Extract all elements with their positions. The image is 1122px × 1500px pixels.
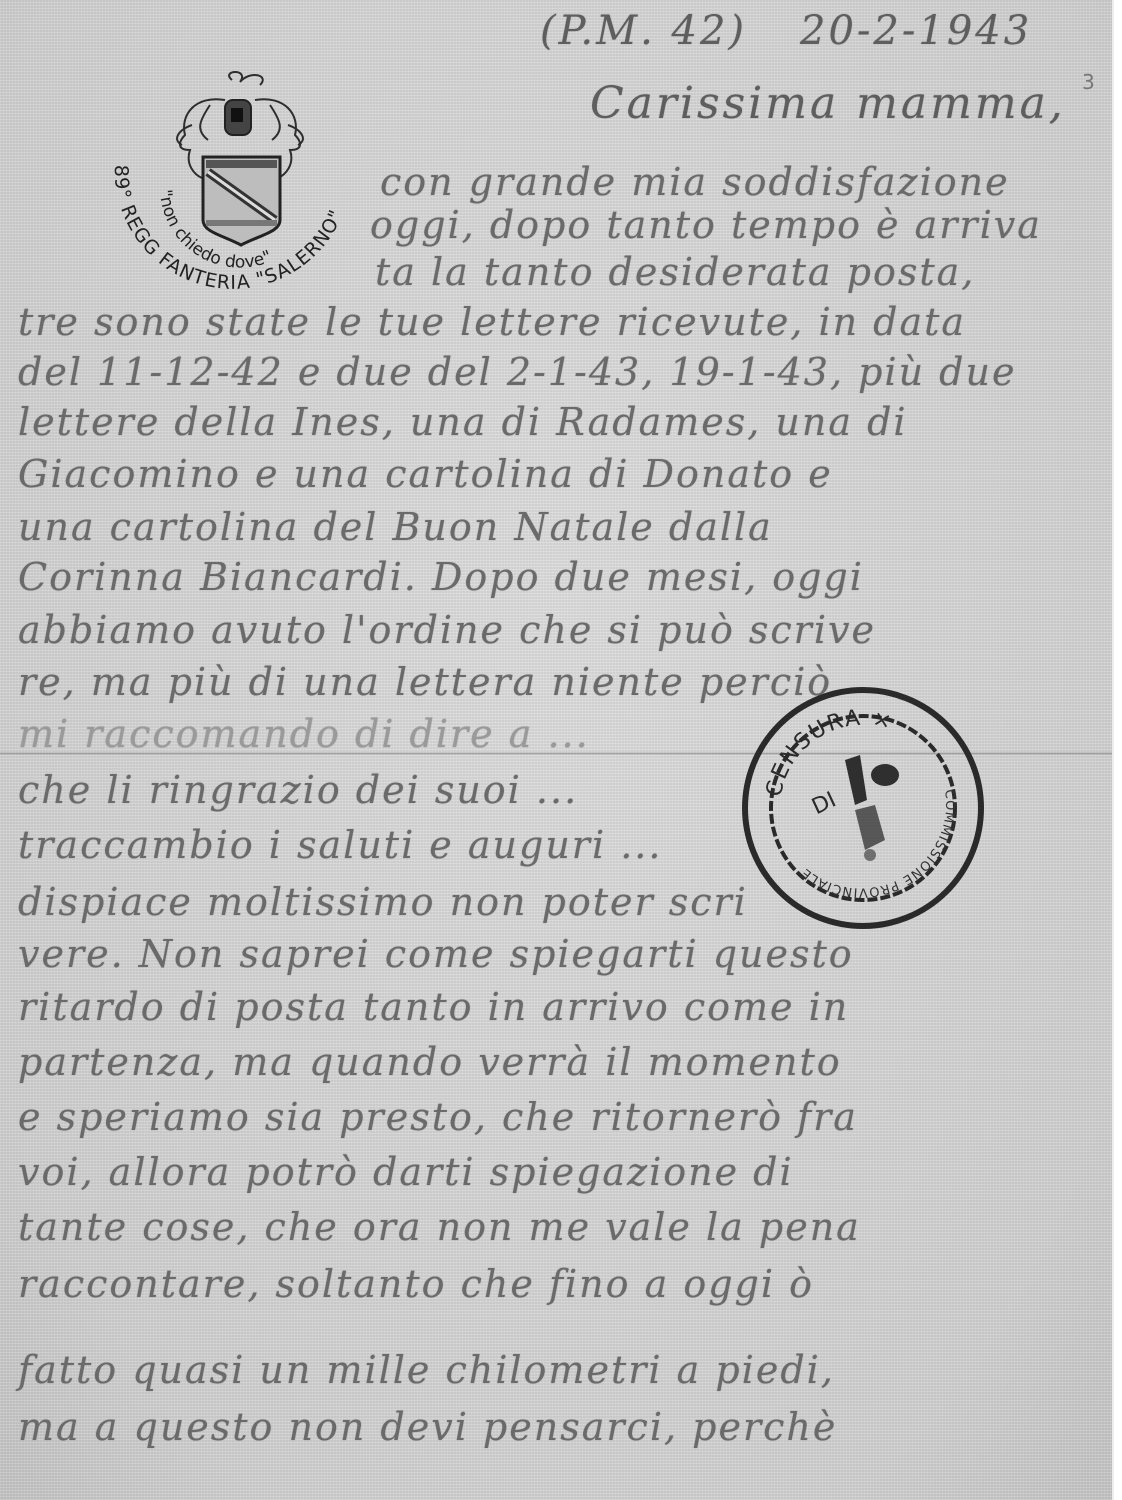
letter-line: re, ma più di una lettera niente perciò xyxy=(18,660,832,704)
letter-line: una cartolina del Buon Natale dalla xyxy=(18,505,773,549)
letter-line: voi, allora potrò darti spiegazione di xyxy=(18,1150,794,1194)
letter-line: del 11-12-42 e due del 2-1-43, 19-1-43, … xyxy=(18,350,1016,394)
letter-line: tante cose, che ora non me vale la pena xyxy=(18,1205,861,1249)
letter-line: tre sono state le tue lettere ricevute, … xyxy=(18,300,966,344)
letter-line: raccontare, soltanto che fino a oggi ò xyxy=(18,1262,814,1306)
field-post-number: (P.M. 42) xyxy=(540,8,747,54)
letter-line: abbiamo avuto l'ordine che si può scrive xyxy=(18,608,876,652)
salutation: Carissima mamma, xyxy=(590,78,1066,129)
letter-line-faded: mi raccomando di dire a ... xyxy=(18,712,590,756)
letter-line: Giacomino e una cartolina di Donato e xyxy=(18,452,833,496)
letter-line: dispiace moltissimo non poter scri xyxy=(18,880,748,924)
censorship-stamp: CENSURA × COMMISSIONE PROVINCIALE DI xyxy=(735,680,990,935)
letter-line: con grande mia soddisfazione xyxy=(380,160,1010,204)
letter-line: traccambio i saluti e auguri ... xyxy=(18,823,662,867)
letter-line: ta la tanto desiderata posta, xyxy=(375,250,975,294)
letter-line: Corinna Biancardi. Dopo due mesi, oggi xyxy=(18,555,864,599)
letter-line: che li ringrazio dei suoi ... xyxy=(18,768,578,812)
svg-text:DI: DI xyxy=(808,787,840,820)
letter-line: ma a questo non devi pensarci, perchè xyxy=(18,1405,837,1449)
letter-line: vere. Non saprei come spiegarti questo xyxy=(18,932,854,976)
letter-line: e speriamo sia presto, che ritornerò fra xyxy=(18,1095,858,1139)
letter-line: fatto quasi un mille chilometri a piedi, xyxy=(18,1348,835,1392)
page-mark: 3 xyxy=(1082,70,1095,94)
letter-page: (P.M. 42) 20-2-1943 3 xyxy=(0,0,1114,1500)
censura-stamp-icon: CENSURA × COMMISSIONE PROVINCIALE DI xyxy=(735,680,990,935)
regiment-letterhead: "non chiedo dove" 89° REGG FANTERIA "SAL… xyxy=(100,70,420,300)
letter-line: partenza, ma quando verrà il momento xyxy=(18,1040,842,1084)
letter-line: lettere della Ines, una di Radames, una … xyxy=(18,400,908,444)
letter-line: oggi, dopo tanto tempo è arriva xyxy=(370,203,1042,247)
letter-date: 20-2-1943 xyxy=(800,8,1032,54)
letter-line: ritardo di posta tanto in arrivo come in xyxy=(18,985,849,1029)
coat-of-arms-icon: "non chiedo dove" 89° REGG FANTERIA "SAL… xyxy=(100,70,420,300)
